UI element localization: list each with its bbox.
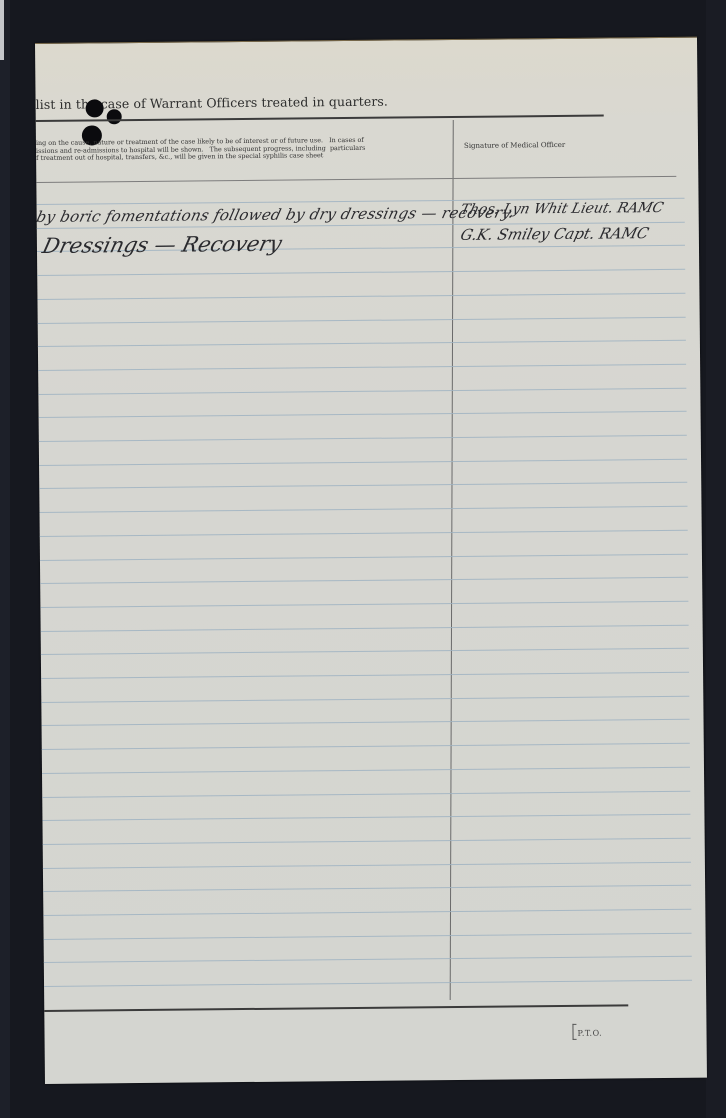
ruled-line: [39, 411, 687, 418]
ruled-line: [42, 814, 690, 821]
ruled-line: [41, 672, 689, 679]
header-separator: [36, 176, 676, 183]
ruled-line: [41, 648, 689, 655]
column-divider: [450, 120, 454, 1000]
ruled-line: [43, 909, 691, 916]
ruled-line: [38, 387, 686, 394]
backing-edge: [0, 0, 4, 60]
ruled-line: [42, 743, 690, 750]
ruled-line: [42, 719, 690, 726]
ruled-line: [37, 293, 685, 300]
ruled-line: [37, 269, 685, 276]
ruled-line: [38, 340, 686, 347]
ruled-line: [41, 695, 689, 702]
medical-officer-signature-1: Thos. Lyn Whit Lieut. RAMC: [459, 200, 665, 218]
ruled-line: [40, 577, 688, 584]
scanner-backing-right: [706, 0, 726, 1118]
ruled-line: [38, 316, 686, 323]
ruled-line: [42, 790, 690, 797]
ruled-line: [38, 364, 686, 371]
ruled-line: [41, 624, 689, 631]
signature-column-header: Signature of Medical Officer: [464, 141, 565, 150]
footer-rule: [44, 1004, 628, 1012]
ruled-lines: [35, 38, 697, 44]
ruled-line: [39, 482, 687, 489]
ruled-line: [44, 980, 692, 987]
notes-entry-line-1: by boric fomentations followed by dry dr…: [35, 203, 517, 226]
medical-officer-signature-2: G.K. Smiley Capt. RAMC: [459, 224, 651, 244]
record-sheet: list in the case of Warrant Officers tre…: [35, 37, 707, 1084]
ruled-line: [40, 530, 688, 537]
punch-hole-2: [107, 109, 122, 124]
ruled-line: [40, 553, 688, 560]
header-instruction-line: f treatment out of hospital, transfers, …: [36, 151, 446, 163]
ruled-line: [44, 956, 692, 963]
ruled-line: [39, 435, 687, 442]
ruled-line: [43, 861, 691, 868]
ruled-line: [42, 767, 690, 774]
scanner-backing-left: [0, 0, 10, 1118]
ruled-line: [44, 932, 692, 939]
ruled-line: [39, 458, 687, 465]
ruled-line: [40, 601, 688, 608]
punch-hole-1: [86, 99, 104, 117]
please-turn-over: P.T.O.: [572, 1024, 602, 1040]
ruled-line: [43, 885, 691, 892]
ruled-line: [43, 838, 691, 845]
notes-column-header: ing on the cause, nature or treatment of…: [36, 136, 446, 163]
ruled-line: [40, 506, 688, 513]
notes-entry-line-2: Dressings — Recovery: [40, 232, 284, 258]
